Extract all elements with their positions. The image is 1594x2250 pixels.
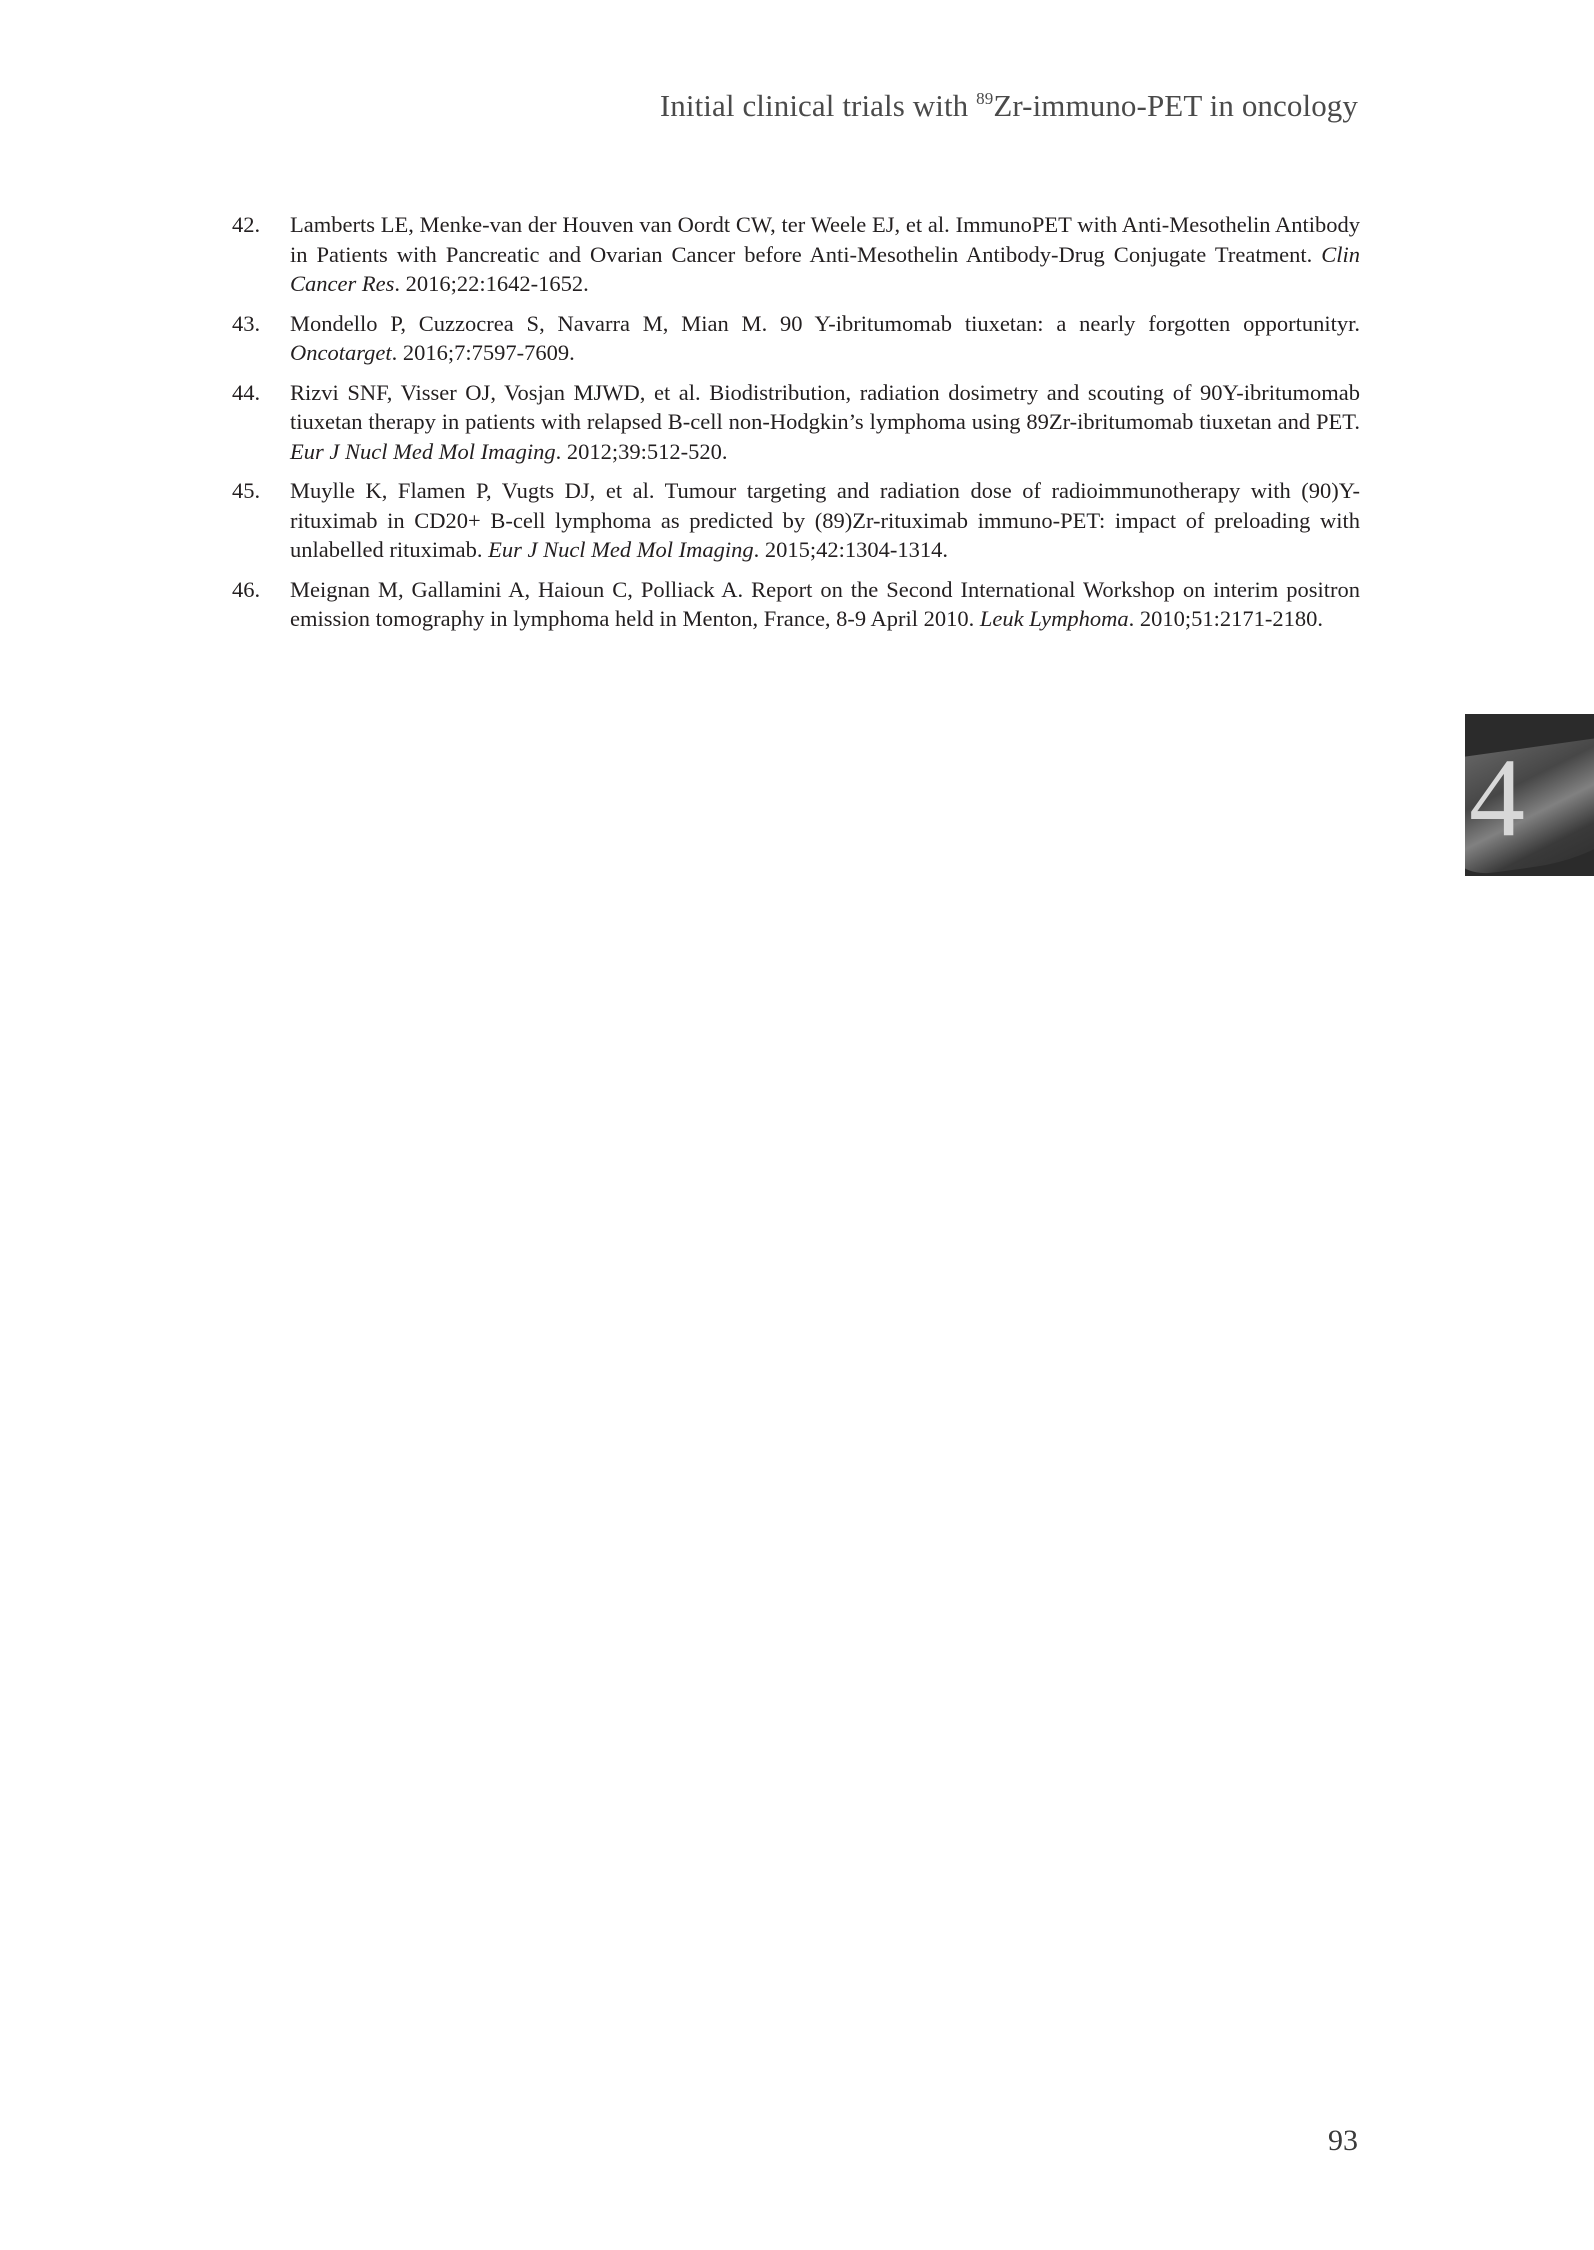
running-header: Initial clinical trials with 89Zr-immuno… [660, 88, 1358, 124]
reference-citation: . 2016;22:1642-1652. [394, 271, 588, 296]
reference-citation: . 2012;39:512-520. [556, 439, 728, 464]
reference-text: Rizvi SNF, Visser OJ, Vosjan MJWD, et al… [290, 378, 1360, 467]
header-title-post: Zr-immuno-PET in oncology [993, 88, 1358, 123]
reference-item: 46. Meignan M, Gallamini A, Haioun C, Po… [232, 575, 1360, 634]
reference-citation: . 2016;7:7597-7609. [392, 340, 575, 365]
header-superscript: 89 [976, 89, 993, 108]
chapter-tab: 4 [1465, 714, 1594, 876]
reference-number: 44. [232, 378, 290, 467]
chapter-number: 4 [1469, 742, 1525, 854]
reference-list: 42. Lamberts LE, Menke-van der Houven va… [232, 210, 1360, 644]
reference-number: 42. [232, 210, 290, 299]
reference-body: Mondello P, Cuzzocrea S, Navarra M, Mian… [290, 311, 1360, 336]
reference-text: Muylle K, Flamen P, Vugts DJ, et al. Tum… [290, 476, 1360, 565]
reference-citation: . 2015;42:1304-1314. [754, 537, 948, 562]
reference-journal: Eur J Nucl Med Mol Imaging [488, 537, 754, 562]
reference-body: Rizvi SNF, Visser OJ, Vosjan MJWD, et al… [290, 380, 1360, 435]
reference-journal: Eur J Nucl Med Mol Imaging [290, 439, 556, 464]
reference-number: 45. [232, 476, 290, 565]
reference-item: 42. Lamberts LE, Menke-van der Houven va… [232, 210, 1360, 299]
reference-citation: . 2010;51:2171-2180. [1129, 606, 1323, 631]
reference-text: Mondello P, Cuzzocrea S, Navarra M, Mian… [290, 309, 1360, 368]
reference-item: 43. Mondello P, Cuzzocrea S, Navarra M, … [232, 309, 1360, 368]
reference-text: Meignan M, Gallamini A, Haioun C, Pollia… [290, 575, 1360, 634]
reference-journal: Leuk Lymphoma [980, 606, 1129, 631]
reference-body: Lamberts LE, Menke-van der Houven van Oo… [290, 212, 1360, 267]
reference-number: 43. [232, 309, 290, 368]
reference-item: 44. Rizvi SNF, Visser OJ, Vosjan MJWD, e… [232, 378, 1360, 467]
page-number: 93 [1328, 2124, 1358, 2158]
reference-item: 45. Muylle K, Flamen P, Vugts DJ, et al.… [232, 476, 1360, 565]
header-title-pre: Initial clinical trials with [660, 88, 976, 123]
reference-number: 46. [232, 575, 290, 634]
reference-text: Lamberts LE, Menke-van der Houven van Oo… [290, 210, 1360, 299]
reference-journal: Oncotarget [290, 340, 392, 365]
